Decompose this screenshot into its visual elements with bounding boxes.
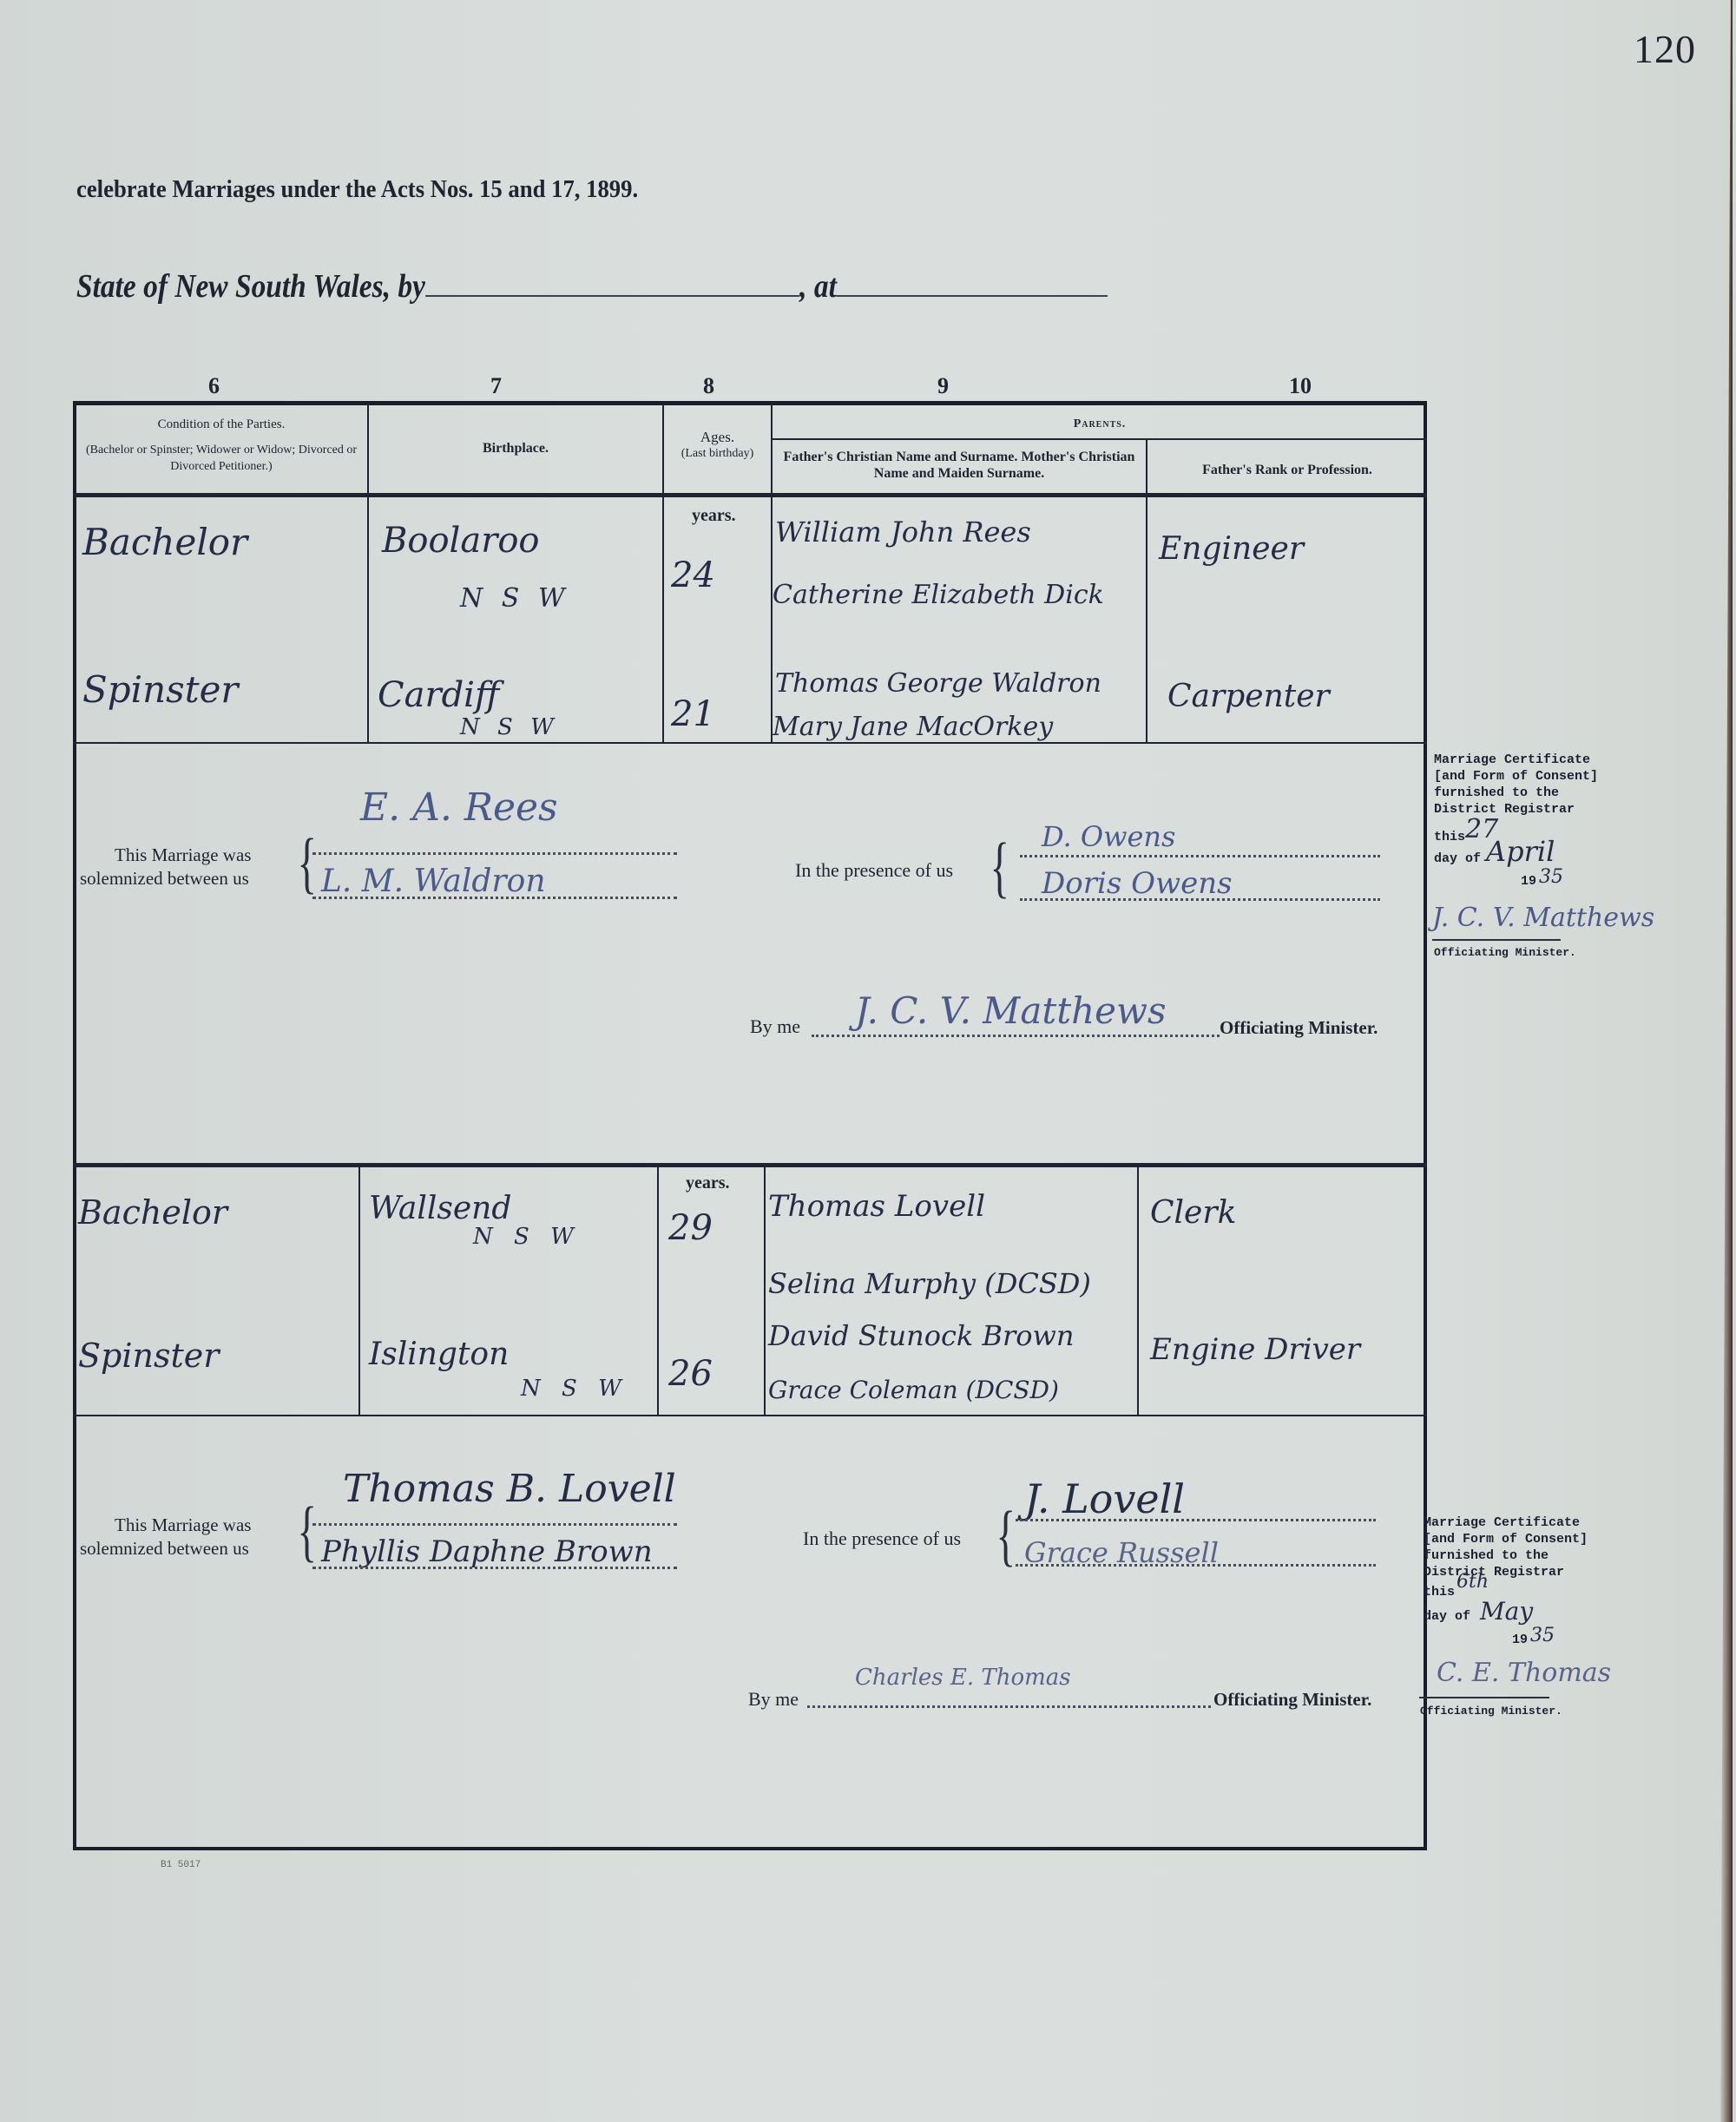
minister-signature-line: [812, 1035, 1220, 1037]
bride-signature-line: [312, 1567, 677, 1569]
header-birthplace: Birthplace.: [369, 440, 662, 457]
solemnized-brace: {: [297, 1497, 316, 1565]
groom-signature-line: [312, 852, 677, 855]
by-me-label: By me: [750, 1015, 800, 1038]
margin-year-prefix: 19: [1512, 1632, 1528, 1648]
margin-minister-line: [1419, 1697, 1549, 1698]
solemnized-label-1: This Marriage was: [115, 844, 251, 866]
minister-signature-line: [807, 1705, 1211, 1708]
margin-year-suffix: 35: [1530, 1625, 1555, 1646]
header-parent-names: Father's Christian Name and Surname. Mot…: [773, 449, 1146, 482]
column-number-6: 6: [208, 373, 220, 399]
margin-day: 6th: [1457, 1571, 1489, 1593]
column-number-10: 10: [1289, 373, 1312, 399]
witness-1-line: [1016, 1519, 1376, 1521]
bride-father: David Stunock Brown: [768, 1319, 1075, 1352]
bride-birthplace: Islington: [369, 1337, 509, 1372]
groom-mother: Catherine Elizabeth Dick: [773, 577, 1146, 614]
at-blank-line: [837, 294, 1108, 297]
state-at: , at: [799, 268, 837, 305]
bride-age: 21: [671, 694, 715, 734]
parents-divider: [771, 438, 1427, 440]
margin-cert-note: Marriage Certificate [and Form of Consen…: [1434, 752, 1599, 818]
groom-age: 29: [668, 1208, 713, 1248]
margin-day-of-label: day of: [1424, 1608, 1470, 1625]
solemnized-label-2: solemnized between us: [80, 868, 249, 890]
column-number-9: 9: [937, 373, 949, 399]
page-edge: [1720, 0, 1733, 2122]
groom-birthplace: Boolaroo: [382, 521, 539, 561]
bride-condition: Spinster: [78, 1337, 219, 1375]
bride-signature-line: [312, 897, 677, 899]
header-ages: Ages. (Last birthday): [664, 429, 771, 462]
bride-father: Thomas George Waldron: [775, 668, 1101, 699]
entry-2-col-divider-9: [764, 1166, 766, 1416]
margin-month: May: [1480, 1597, 1533, 1626]
groom-birthplace-state: N S W: [460, 583, 570, 614]
entry-2-col-divider-8: [657, 1166, 659, 1416]
solemnized-brace: {: [297, 829, 316, 897]
witness-2-line: [1016, 1564, 1376, 1567]
witness-1-signature: D. Owens: [1042, 820, 1175, 853]
margin-minister-signature: J. C. V. Matthews: [1432, 903, 1654, 933]
margin-officiating-label: Officiating Minister.: [1434, 944, 1576, 961]
margin-minister-line: [1432, 939, 1561, 941]
margin-this-label: this: [1424, 1584, 1455, 1600]
by-blank-line: [425, 294, 799, 297]
header-father-rank: Father's Rank or Profession.: [1147, 462, 1427, 478]
minister-signature: J. C. V. Matthews: [855, 989, 1167, 1032]
groom-father: Thomas Lovell: [768, 1189, 985, 1224]
bride-age: 26: [668, 1354, 713, 1394]
bride-mother: Grace Coleman (DCSD): [768, 1376, 1059, 1404]
groom-condition: Bachelor: [82, 521, 247, 563]
register-table: [73, 401, 1427, 1850]
witness-2-line: [1020, 898, 1380, 901]
officiating-label: Officiating Minister.: [1213, 1689, 1371, 1711]
groom-father-rank: Engineer: [1159, 531, 1304, 567]
witness-1-signature: J. Lovell: [1024, 1475, 1185, 1522]
years-label: years.: [692, 506, 736, 526]
entry-1-particulars-bottom: [73, 742, 1427, 744]
bride-signature: L. M. Waldron: [321, 864, 546, 899]
groom-signature: E. A. Rees: [360, 785, 558, 830]
header-condition: Condition of the Parties. (Bachelor or S…: [78, 417, 365, 475]
bride-birthplace: Cardiff: [378, 675, 499, 715]
form-code: B1 5017: [161, 1860, 201, 1870]
header-bottom-line: [73, 493, 1427, 497]
minister-signature: Charles E. Thomas: [855, 1665, 1071, 1691]
groom-condition: Bachelor: [78, 1193, 227, 1232]
groom-age: 24: [671, 555, 715, 595]
margin-year-suffix: 35: [1539, 866, 1563, 888]
col-divider-10: [1146, 438, 1147, 742]
groom-father: William John Rees: [775, 516, 1031, 549]
groom-father-rank: Clerk: [1150, 1195, 1236, 1231]
page-number: 120: [1634, 26, 1696, 72]
entry-2-col-divider-7: [358, 1166, 360, 1416]
presence-label: In the presence of us: [795, 859, 953, 882]
groom-signature-line: [312, 1523, 677, 1526]
groom-birthplace-state: N S W: [473, 1224, 581, 1250]
margin-cert-note: Marriage Certificate [and Form of Consen…: [1424, 1514, 1588, 1580]
groom-mother: Selina Murphy (DCSD): [768, 1267, 1091, 1300]
entry-separator: [73, 1163, 1427, 1167]
entry-2-col-divider-10: [1137, 1166, 1139, 1416]
presence-label: In the presence of us: [803, 1527, 961, 1550]
header-parents: Parents.: [773, 416, 1427, 432]
solemnized-label-1: This Marriage was: [115, 1514, 251, 1536]
bride-birthplace-state: N S W: [521, 1376, 628, 1402]
column-number-7: 7: [490, 373, 502, 399]
bride-father-rank: Engine Driver: [1150, 1332, 1360, 1367]
bride-signature: Phyllis Daphne Brown: [321, 1534, 653, 1569]
margin-month: April: [1486, 835, 1555, 868]
margin-year-prefix: 19: [1521, 873, 1536, 890]
state-heading: State of New South Wales, by, at: [76, 267, 1108, 305]
margin-this-label: this: [1434, 829, 1465, 845]
solemnized-label-2: solemnized between us: [80, 1538, 249, 1560]
margin-day-of-label: day of: [1434, 851, 1481, 867]
margin-officiating-label: Officiating Minister.: [1420, 1703, 1562, 1719]
bride-birthplace-state: N S W: [460, 714, 559, 740]
witness-2-signature: Doris Owens: [1042, 866, 1233, 901]
entry-2-particulars-bottom: [73, 1415, 1427, 1416]
register-page: 120 celebrate Marriages under the Acts N…: [0, 0, 1733, 2122]
column-number-8: 8: [703, 373, 714, 399]
bride-father-rank: Carpenter: [1167, 679, 1330, 714]
act-heading: celebrate Marriages under the Acts Nos. …: [76, 175, 638, 204]
groom-signature: Thomas B. Lovell: [343, 1467, 676, 1511]
witness-1-line: [1020, 855, 1380, 857]
bride-condition: Spinster: [82, 668, 239, 711]
bride-mother: Mary Jane MacOrkey: [773, 712, 1053, 742]
presence-brace: {: [990, 833, 1009, 901]
margin-minister-signature: C. E. Thomas: [1437, 1658, 1611, 1688]
by-me-label: By me: [748, 1688, 799, 1711]
groom-birthplace: Wallsend: [369, 1191, 511, 1226]
officiating-label: Officiating Minister.: [1220, 1017, 1378, 1039]
state-prefix: State of New South Wales, by: [76, 268, 425, 305]
years-label: years.: [686, 1173, 730, 1193]
presence-brace: {: [996, 1501, 1015, 1569]
